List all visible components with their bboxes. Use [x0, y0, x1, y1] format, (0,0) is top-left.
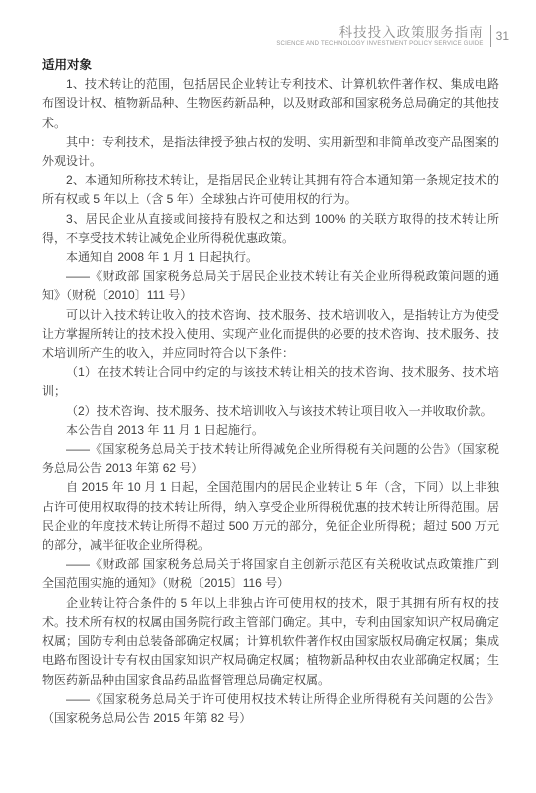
page-number: 31 — [491, 29, 509, 43]
running-header-text: 科技投入政策服务指南 SCIENCE AND TECHNOLOGY INVEST… — [276, 24, 489, 48]
running-header: 科技投入政策服务指南 SCIENCE AND TECHNOLOGY INVEST… — [276, 24, 509, 48]
paragraph-citation: ——《财政部 国家税务总局关于将国家自主创新示范区有关税收试点政策推广到全国范围… — [42, 555, 499, 593]
paragraph-citation: ——《财政部 国家税务总局关于居民企业技术转让有关企业所得税政策问题的通知》（财… — [42, 267, 499, 305]
paragraph: 3、居民企业从直接或间接持有股权之和达到 100% 的关联方取得的技术转让所得，… — [42, 210, 499, 248]
document-body: 适用对象 1、技术转让的范围，包括居民企业转让专利技术、计算机软件著作权、集成电… — [42, 56, 499, 728]
paragraph: 2、本通知所称技术转让，是指居民企业转让其拥有符合本通知第一条规定技术的所有权或… — [42, 171, 499, 209]
paragraph-list-item: （1）在技术转让合同中约定的与该技术转让相关的技术咨询、技术服务、技术培训； — [42, 363, 499, 401]
paragraph: 其中：专利技术，是指法律授予独占权的发明、实用新型和非简单改变产品图案的外观设计… — [42, 133, 499, 171]
paragraph: 本通知自 2008 年 1 月 1 日起执行。 — [42, 248, 499, 267]
section-heading: 适用对象 — [42, 56, 499, 75]
paragraph-citation: ——《国家税务总局关于许可使用权技术转让所得企业所得税有关问题的公告》（国家税务… — [42, 690, 499, 728]
document-page: 科技投入政策服务指南 SCIENCE AND TECHNOLOGY INVEST… — [0, 0, 536, 793]
paragraph: 自 2015 年 10 月 1 日起，全国范围内的居民企业转让 5 年（含，下同… — [42, 478, 499, 555]
guide-title: 科技投入政策服务指南 — [276, 24, 483, 41]
paragraph: 企业转让符合条件的 5 年以上非独占许可使用权的技术，限于其拥有所有权的技术。技… — [42, 594, 499, 690]
paragraph: 1、技术转让的范围，包括居民企业转让专利技术、计算机软件著作权、集成电路布图设计… — [42, 75, 499, 133]
paragraph: 本公告自 2013 年 11 月 1 日起施行。 — [42, 421, 499, 440]
paragraph-list-item: （2）技术咨询、技术服务、技术培训收入与该技术转让项目收入一并收取价款。 — [42, 402, 499, 421]
paragraph: 可以计入技术转让收入的技术咨询、技术服务、技术培训收入，是指转让方为使受让方掌握… — [42, 306, 499, 364]
paragraph-citation: ——《国家税务总局关于技术转让所得减免企业所得税有关问题的公告》（国家税务总局公… — [42, 440, 499, 478]
guide-subtitle-english: SCIENCE AND TECHNOLOGY INVESTMENT POLICY… — [276, 41, 483, 48]
